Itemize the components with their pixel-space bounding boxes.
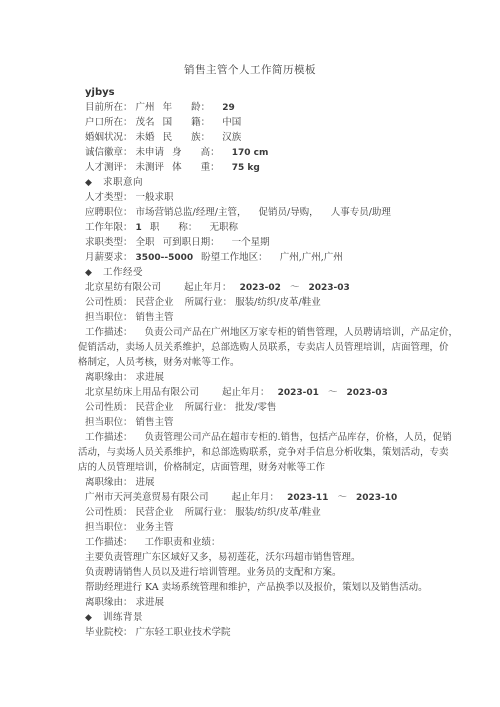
job-desc-line: 格制定，人员考核，财务对帐等工作。 <box>78 355 460 370</box>
intention-row-salary: 月薪要求： 3500--5000 盼望工作地区： 广州,广州,广州 <box>78 250 460 265</box>
field-label: 公司性质： <box>85 400 133 415</box>
page-title: 销售主管个人工作简历模板 <box>0 63 500 78</box>
field-label-2b: 族： <box>191 132 210 143</box>
job-desc-line: 活动，与卖场人员关系维护，和总部选购联系，竞争对手信息分析收集，策划活动，专卖 <box>78 445 460 460</box>
watermark-text: yjbys <box>85 87 115 98</box>
desc-text: 活动，与卖场人员关系维护，和总部选购联系，竞争对手信息分析收集，策划活动，专卖 <box>78 447 449 458</box>
field-label-2b: 龄： <box>191 102 210 113</box>
field-value: 一般求职 <box>136 192 174 203</box>
leave-reason: 求进展 <box>136 372 165 383</box>
field-label-2a: 体 <box>172 162 182 173</box>
field-label-2a: 国 <box>163 117 173 128</box>
industry-label: 所属行业： <box>185 507 233 518</box>
company-nature: 民营企业 <box>136 297 174 308</box>
basic-info-row-badge: 诚信徽章： 未申请 身 高： 170 cm <box>78 145 460 160</box>
position-value: 业务主管 <box>136 522 174 533</box>
industry-label: 所属行业： <box>185 297 233 308</box>
job-leave-line: 离职缘由： 求进展 <box>78 595 460 610</box>
field-label-2b: 高： <box>201 147 220 158</box>
field-label: 求职类型： <box>85 235 133 250</box>
field-value: 3500--5000 <box>136 253 194 263</box>
field-value-2: 75 kg <box>232 163 260 173</box>
field-label: 应聘职位： <box>85 205 133 220</box>
field-label-2: 盼望工作地区： <box>201 252 268 263</box>
basic-info-row-assessment: 人才测评： 未测评 体 重： 75 kg <box>78 160 460 175</box>
desc-text: 负责聘请销售人员以及进行培训管理。业务员的支配和方案。 <box>85 567 342 578</box>
job-desc-line: 主要负责管理广东区域好又多，易初莲花，沃尔玛超市销售管理。 <box>78 550 460 565</box>
field-label: 毕业院校： <box>85 625 133 640</box>
field-value: 广东轻工职业技术学院 <box>136 627 231 638</box>
job-company-line: 广州市天河美意贸易有限公司 起止年月： 2023-11 ～ 2023-10 <box>78 490 460 505</box>
field-label-2a: 年 <box>163 102 173 113</box>
industry-value: 服装/纺织/皮革/鞋业 <box>235 297 321 308</box>
company-name: 广州市天河美意贸易有限公司 <box>85 492 209 503</box>
leave-reason: 进展 <box>136 477 155 488</box>
field-value: 未申请 <box>136 147 165 158</box>
field-label-2b: 籍： <box>191 117 210 128</box>
company-nature: 民营企业 <box>136 402 174 413</box>
job-position-line: 担当职位： 销售主管 <box>78 310 460 325</box>
job-desc-line: 店的人员管理培训，价格制定，店面管理，财务对帐等工作 <box>78 460 460 475</box>
field-label: 工作年限： <box>85 220 133 235</box>
industry-value: 服装/纺织/皮革/鞋业 <box>235 507 321 518</box>
field-label-2b: 重： <box>201 162 220 173</box>
field-value: 未婚 <box>136 132 155 143</box>
period-label: 起止年月： <box>232 492 280 503</box>
company-name: 北京星纺床上用品有限公司 <box>85 387 199 398</box>
intention-row-talent-type: 人才类型： 一般求职 <box>78 190 460 205</box>
section-title: 工作经受 <box>103 267 143 278</box>
intention-row-work-years: 工作年限： 1 职 称： 无职称 <box>78 220 460 235</box>
desc-text: 店的人员管理培训，价格制定，店面管理，财务对帐等工作 <box>78 462 325 473</box>
field-value-3: 人事专员/助理 <box>331 207 391 218</box>
watermark-line: yjbys <box>78 85 460 100</box>
desc-text: 工作职责和业绩： <box>145 537 221 548</box>
field-label: 人才测评： <box>85 160 133 175</box>
period-tilde: ～ <box>337 492 347 503</box>
job-nature-line: 公司性质： 民营企业 所属行业： 批发/零售 <box>78 400 460 415</box>
job-nature-line: 公司性质： 民营企业 所属行业： 服装/纺织/皮革/鞋业 <box>78 295 460 310</box>
job-desc-line: 工作描述： 负责管理公司产品在超市专柜的.销售，包括产品库存，价格，人员，促销 <box>78 430 460 445</box>
field-label: 公司性质： <box>85 505 133 520</box>
leave-reason: 求进展 <box>136 597 165 608</box>
period-tilde: ～ <box>328 387 338 398</box>
diamond-bullet-icon: ◆ <box>85 613 92 623</box>
field-label: 公司性质： <box>85 295 133 310</box>
job-desc-line: 负责聘请销售人员以及进行培训管理。业务员的支配和方案。 <box>78 565 460 580</box>
period-to: 2023-03 <box>346 388 387 398</box>
period-from: 2023-11 <box>287 493 328 503</box>
position-value: 销售主管 <box>136 417 174 428</box>
field-value-2: 促销员/导购， <box>258 207 318 218</box>
diamond-bullet-icon: ◆ <box>85 178 92 188</box>
section-heading-work-experience: ◆ 工作经受 <box>78 265 460 280</box>
field-label-2a: 职 <box>150 222 160 233</box>
field-label: 户口所在： <box>85 115 133 130</box>
field-value-2: 170 cm <box>232 148 269 158</box>
job-company-line: 北京星纺床上用品有限公司 起止年月： 2023-01 ～ 2023-03 <box>78 385 460 400</box>
field-label: 目前所在： <box>85 100 133 115</box>
field-value: 茂名 <box>136 117 155 128</box>
job-leave-line: 离职缘由： 进展 <box>78 475 460 490</box>
desc-text: 格制定，人员考核，财务对帐等工作。 <box>78 357 240 368</box>
field-label: 月薪要求： <box>85 250 133 265</box>
field-label: 工作描述： <box>85 325 133 340</box>
field-value-2: 中国 <box>222 117 241 128</box>
job-position-line: 担当职位： 业务主管 <box>78 520 460 535</box>
job-position-line: 担当职位： 销售主管 <box>78 415 460 430</box>
section-title: 求职意向 <box>103 177 143 188</box>
job-nature-line: 公司性质： 民营企业 所属行业： 服装/纺织/皮革/鞋业 <box>78 505 460 520</box>
position-value: 销售主管 <box>136 312 174 323</box>
field-value-2: 汉族 <box>222 132 241 143</box>
field-value-2: 广州,广州,广州 <box>280 252 343 263</box>
resume-content: yjbys 目前所在： 广州 年 龄： 29 户口所在： 茂名 国 籍： 中国 … <box>78 85 460 640</box>
desc-text: 负责公司产品在广州地区万家专柜的销售管理，人员聘请培训，产品定价， <box>145 327 459 338</box>
basic-info-row-registry: 户口所在： 茂名 国 籍： 中国 <box>78 115 460 130</box>
desc-text: 主要负责管理广东区域好又多，易初莲花，沃尔玛超市销售管理。 <box>85 552 361 563</box>
field-label: 婚姻状况： <box>85 130 133 145</box>
job-desc-line: 帮助经理进行 KA 卖场系统管理和维护，产品换季以及报价，策划以及销售活动。 <box>78 580 460 595</box>
intention-row-positions: 应聘职位： 市场营销总监/经理/主管， 促销员/导购， 人事专员/助理 <box>78 205 460 220</box>
industry-label: 所属行业： <box>185 402 233 413</box>
field-label-2a: 身 <box>172 147 182 158</box>
field-value: 未测评 <box>136 162 165 173</box>
field-label-2a: 民 <box>163 132 173 143</box>
resume-page: 销售主管个人工作简历模板 yjbys 目前所在： 广州 年 龄： 29 户口所在… <box>0 0 500 707</box>
intention-row-job-type: 求职类型： 全职 可到职日期： 一个星期 <box>78 235 460 250</box>
field-label: 人才类型： <box>85 190 133 205</box>
company-name: 北京星纺有限公司 <box>85 282 161 293</box>
education-row-school: 毕业院校： 广东轻工职业技术学院 <box>78 625 460 640</box>
field-value-2: 无职称 <box>209 222 238 233</box>
field-label: 担当职位： <box>85 520 133 535</box>
diamond-bullet-icon: ◆ <box>85 268 92 278</box>
field-value: 市场营销总监/经理/主管， <box>136 207 247 218</box>
period-tilde: ～ <box>290 282 300 293</box>
job-desc-line: 工作描述： 负责公司产品在广州地区万家专柜的销售管理，人员聘请培训，产品定价， <box>78 325 460 340</box>
field-label: 担当职位： <box>85 310 133 325</box>
job-desc-line: 促销活动，卖场人员关系维护，总部选购人员联系，专卖店人员管理培训，店面管理，价 <box>78 340 460 355</box>
field-value: 1 <box>136 223 142 233</box>
field-label: 离职缘由： <box>85 475 133 490</box>
company-nature: 民营企业 <box>136 507 174 518</box>
job-leave-line: 离职缘由： 求进展 <box>78 370 460 385</box>
field-label-2: 可到职日期： <box>163 237 220 248</box>
field-label: 工作描述： <box>85 535 133 550</box>
job-desc-line: 工作描述： 工作职责和业绩： <box>78 535 460 550</box>
field-label: 工作描述： <box>85 430 133 445</box>
field-value: 全职 <box>136 237 155 248</box>
field-label: 诚信徽章： <box>85 145 133 160</box>
field-value: 广州 <box>136 102 155 113</box>
field-label-2b: 称： <box>178 222 197 233</box>
section-heading-education: ◆ 训练背景 <box>78 610 460 625</box>
field-value-2: 一个星期 <box>232 237 270 248</box>
desc-text: 促销活动，卖场人员关系维护，总部选购人员联系，专卖店人员管理培训，店面管理，价 <box>78 342 449 353</box>
job-company-line: 北京星纺有限公司 起止年月： 2023-02 ～ 2023-03 <box>78 280 460 295</box>
basic-info-row-location: 目前所在： 广州 年 龄： 29 <box>78 100 460 115</box>
section-heading-job-intention: ◆ 求职意向 <box>78 175 460 190</box>
field-label: 离职缘由： <box>85 595 133 610</box>
field-label: 离职缘由： <box>85 370 133 385</box>
industry-value: 批发/零售 <box>235 402 276 413</box>
desc-text: 负责管理公司产品在超市专柜的.销售，包括产品库存，价格，人员，促销 <box>145 432 452 443</box>
section-title: 训练背景 <box>103 612 143 623</box>
period-from: 2023-02 <box>240 283 281 293</box>
period-to: 2023-03 <box>308 283 349 293</box>
period-label: 起止年月： <box>184 282 232 293</box>
basic-info-row-marital: 婚姻状况： 未婚 民 族： 汉族 <box>78 130 460 145</box>
period-from: 2023-01 <box>278 388 319 398</box>
field-label: 担当职位： <box>85 415 133 430</box>
field-value-2: 29 <box>222 103 235 113</box>
period-to: 2023-10 <box>356 493 397 503</box>
desc-text: 帮助经理进行 KA 卖场系统管理和维护，产品换季以及报价，策划以及销售活动。 <box>85 582 428 593</box>
period-label: 起止年月： <box>222 387 270 398</box>
